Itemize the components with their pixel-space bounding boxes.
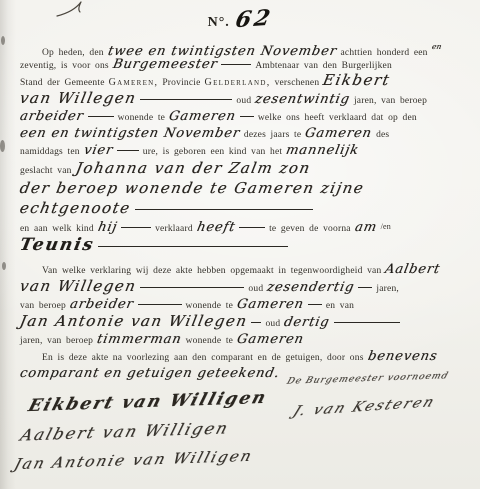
blank-filler [251, 320, 261, 323]
printed-text: dezes jaars te [244, 130, 301, 140]
printed-text: wonende te [186, 336, 234, 346]
printed-text: welke ons heeft verklaard dat op den [258, 113, 417, 123]
act-line: Van welke verklaring wij deze akte hebbe… [0, 260, 480, 277]
blank-filler [334, 320, 400, 323]
handwritten-text: arbeider [68, 296, 135, 313]
printed-text: oud [265, 319, 280, 329]
printed-text: ure, is geboren een kind van het [143, 147, 282, 157]
blank-filler [358, 285, 372, 288]
act-line: en aan welk kindhijverklaardheeftte geve… [0, 218, 480, 235]
printed-text: des [376, 130, 389, 140]
blank-filler [121, 225, 151, 228]
birth-record-scan: N°.62 Op heden, dentwee en twintigsten N… [0, 0, 480, 489]
handwritten-text: echtgenoote [18, 198, 132, 218]
blank-filler [308, 302, 322, 305]
act-line: van Willegenoudzesendertigjaren, [0, 277, 480, 295]
handwritten-text: een en twintigsten November [18, 125, 241, 142]
handwritten-text: Gameren [235, 296, 305, 313]
blank-filler [140, 285, 244, 288]
handwritten-text: der beroep wonende te Gameren zijne [18, 178, 366, 198]
printed-text: En is deze akte na voorlezing aan den co… [42, 353, 364, 363]
act-witness-section: Van welke verklaring wij deze akte hebbe… [0, 260, 480, 381]
handwritten-text: heeft [195, 219, 237, 236]
printed-text: oud [236, 96, 251, 106]
act-line: van Willegenoudzesentwintigjaren, van be… [0, 89, 480, 107]
handwritten-text: Gameren [235, 331, 305, 348]
blank-filler [138, 302, 182, 305]
printed-text: verklaard [155, 224, 193, 234]
act-line: der beroep wonende te Gameren zijne [0, 178, 480, 198]
act-line: jaren, van beroeptimmermanwonende teGame… [0, 330, 480, 347]
handwritten-childname: Teunis [18, 235, 96, 255]
act-number-value: 62 [233, 5, 275, 33]
blank-filler [88, 114, 114, 117]
handwritten-name: Aalbert [384, 261, 442, 278]
handwritten-text: arbeider [18, 108, 85, 125]
signature-burgemeester: J. van Kesteren [291, 394, 439, 419]
act-body: Op heden, dentwee en twintigsten Novembe… [0, 38, 480, 255]
handwritten-text: benevens [366, 348, 439, 365]
signature-witness2: Jan Antonie van Willigen [12, 447, 255, 473]
act-number-label: N°. [208, 15, 230, 30]
printed-text: Ambtenaar van den Burgerlijken [255, 61, 392, 71]
printed-text: Provincie [162, 78, 200, 88]
blank-filler [117, 148, 139, 151]
act-line: En is deze akte na voorlezing aan den co… [0, 347, 480, 364]
printed-text: jaren, [376, 284, 399, 294]
handwritten-name: Jan Antonie van Willegen [18, 312, 249, 330]
handwritten-insertion: am [353, 219, 378, 236]
blank-filler [239, 225, 265, 228]
act-line: geslacht vanJohanna van der Zalm zon [0, 158, 480, 178]
handwritten-name: Eikbert [322, 72, 392, 89]
handwritten-text: Gameren [304, 125, 374, 142]
handwritten-name: Johanna van der Zalm zon [74, 158, 313, 178]
handwritten-text: zesentwintig [254, 91, 352, 109]
printed-text: wonende te [118, 113, 166, 123]
handwritten-text: Gameren [167, 108, 237, 125]
blank-filler [240, 114, 254, 117]
blank-filler [140, 97, 232, 100]
printed-text: wonende te [186, 301, 234, 311]
signature-comparant: Eikbert van Willigen [26, 388, 270, 416]
printed-text: jaren, van beroep [354, 96, 427, 106]
handwritten-text: hij [96, 219, 119, 236]
handwritten-text: zesendertig [266, 279, 357, 297]
printed-placename: Gelderland, [205, 77, 271, 88]
printed-placename: Gameren, [109, 77, 159, 88]
act-line: van beroeparbeiderwonende teGamerenen va… [0, 295, 480, 312]
act-number: N°.62 [0, 6, 480, 32]
printed-text: te geven de voorna [269, 224, 351, 234]
handwritten-text: dertig [283, 314, 332, 332]
printed-text: verschenen [275, 78, 320, 88]
blank-filler [98, 244, 288, 247]
act-line: Stand der GemeenteGameren,ProvincieGelde… [0, 72, 480, 89]
blank-filler [221, 62, 251, 65]
act-line: namiddags tenvierure, is geboren een kin… [0, 141, 480, 158]
printed-text: geslacht van [20, 166, 72, 176]
blank-filler [135, 207, 313, 210]
handwritten-name: van Willegen [18, 89, 138, 107]
signature-witness1: Aalbert van Willigen [18, 418, 231, 444]
act-line: Op heden, dentwee en twintigsten Novembe… [0, 38, 480, 55]
printed-text: Van welke verklaring wij deze akte hebbe… [42, 266, 381, 276]
handwritten-name: van Willegen [18, 277, 138, 295]
act-line: echtgenoote [0, 198, 480, 218]
printed-text: namiddags ten [20, 147, 80, 157]
handwritten-text: vier [82, 142, 114, 159]
act-line: arbeiderwonende teGamerenwelke ons heeft… [0, 107, 480, 124]
act-line: een en twintigsten Novemberdezes jaars t… [0, 124, 480, 141]
act-line: Teunis [0, 235, 480, 255]
handwritten-insertion: en [430, 38, 443, 55]
printed-text: Stand der Gemeente [20, 78, 105, 88]
handwritten-text: timmerman [95, 331, 183, 348]
printed-text: zeventig, is voor ons [20, 61, 109, 71]
printed-text: en aan welk kind [20, 224, 94, 234]
printed-text: van beroep [20, 301, 66, 311]
handwritten-text: Burgemeester [111, 56, 219, 73]
printed-text: jaren, van beroep [20, 336, 93, 346]
printed-text: oud [248, 284, 263, 294]
printed-text: en van [326, 301, 354, 311]
handwritten-text: mannelijk [285, 142, 361, 159]
act-line: Jan Antonie van Willegenouddertig [0, 312, 480, 330]
handwritten-text: comparant en getuigen geteekend. [18, 365, 281, 382]
printed-text: /en [381, 222, 391, 231]
